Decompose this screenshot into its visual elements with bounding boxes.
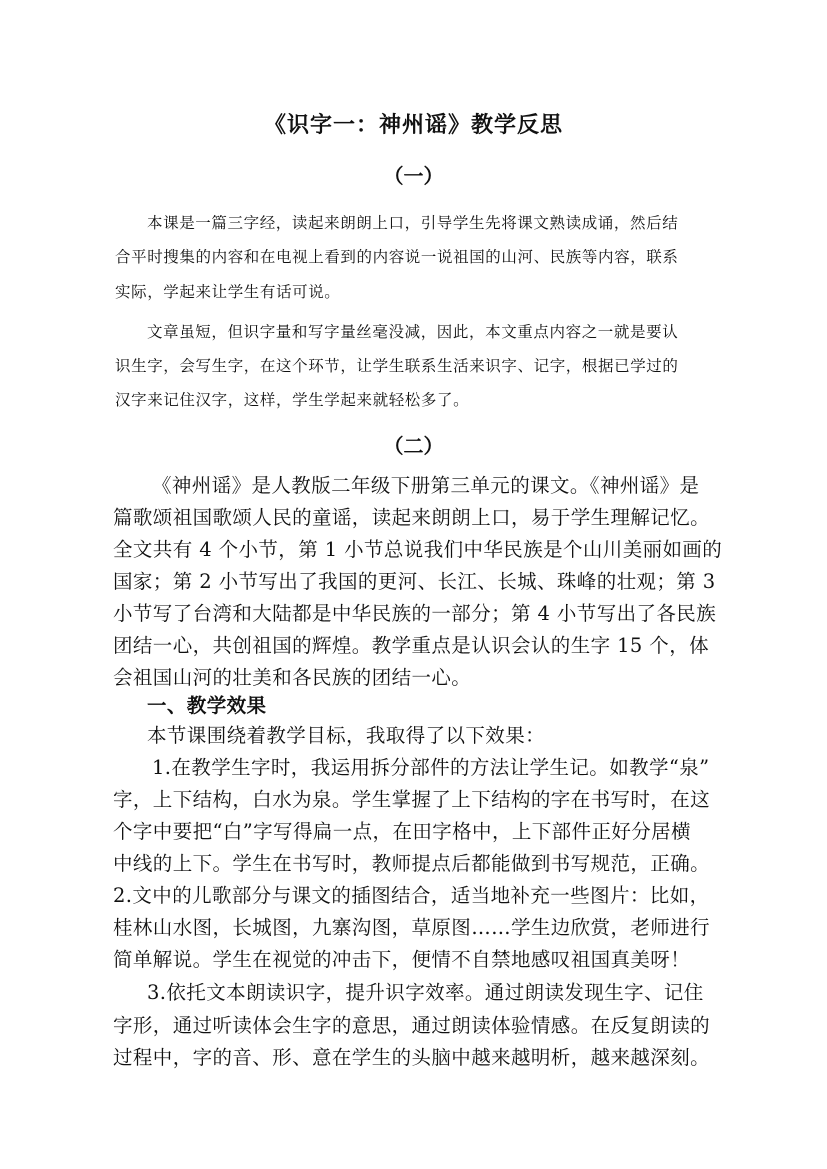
text-line: 篇歌颂祖国歌颂人民的童谣，读起来朗朗上口，易于学生理解记忆。 (113, 502, 710, 530)
text-line: 1.在教学生字时，我运用拆分部件的方法让学生记。如教学“泉” (152, 752, 710, 780)
section-heading-2: （二） (0, 430, 827, 459)
text-line: 字，上下结构，白水为泉。学生掌握了上下结构的字在书写时，在这 (113, 784, 710, 812)
text-line: 字形，通过听读体会生字的意思，通过朗读体验情感。在反复朗读的 (113, 1010, 710, 1038)
text-line: 小节写了台湾和大陆都是中华民族的一部分；第 4 小节写出了各民族 (113, 598, 716, 626)
text-line: 中线的上下。学生在书写时，教师提点后都能做到书写规范，正确。 (113, 848, 710, 876)
text-line: 桂林山水图，长城图，九寨沟图，草原图……学生边欣赏，老师进行 (113, 912, 710, 940)
text-line: 3.依托文本朗读识字，提升识字效率。通过朗读发现生字、记住 (147, 977, 704, 1005)
text-line: 《神州谣》是人教版二年级下册第三单元的课文。《神州谣》是 (152, 470, 699, 498)
section-heading-1: （一） (0, 160, 827, 189)
text-line: 文章虽短，但识字量和写字量丝毫没减，因此，本文重点内容之一就是要认 (147, 320, 678, 342)
text-line: 个字中要把“白”字写得扁一点，在田字格中，上下部件正好分居横 (113, 816, 691, 844)
text-line: 国家；第 2 小节写出了我国的更河、长江、长城、珠峰的壮观；第 3 (113, 566, 716, 594)
effect-intro: 本节课围绕着教学目标，我取得了以下效果： (147, 720, 545, 748)
text-line: 合平时搜集的内容和在电视上看到的内容说一说祖国的山河、民族等内容，联系 (115, 245, 679, 267)
document-title: 《识字一：神州谣》教学反思 (0, 108, 827, 139)
document-page: 《识字一：神州谣》教学反思 （一） 本课是一篇三字经，读起来朗朗上口，引导学生先… (0, 0, 827, 1169)
text-line: 全文共有 4 个小节，第 1 小节总说我们中华民族是个山川美丽如画的 (113, 534, 722, 562)
text-line: 2.文中的儿歌部分与课文的插图结合，适当地补充一些图片：比如， (113, 880, 710, 908)
text-line: 汉字来记住汉字，这样，学生学起来就轻松多了。 (115, 388, 469, 410)
subheading-teaching-effect: 一、教学效果 (147, 690, 266, 718)
text-line: 识生字，会写生字，在这个环节，让学生联系生活来识字、记字，根据已学过的 (115, 354, 679, 376)
text-line: 本课是一篇三字经，读起来朗朗上口，引导学生先将课文熟读成诵，然后结 (147, 211, 678, 233)
text-line: 过程中，字的音、形、意在学生的头脑中越来越明析，越来越深刻。 (113, 1042, 710, 1070)
text-line: 团结一心，共创祖国的辉煌。教学重点是认识会认的生字 15 个，体 (113, 630, 709, 658)
text-line: 实际，学起来让学生有话可说。 (115, 280, 340, 302)
text-line: 会祖国山河的壮美和各民族的团结一心。 (113, 662, 471, 690)
text-line: 简单解说。学生在视觉的冲击下，便情不自禁地感叹祖国真美呀！ (113, 944, 690, 972)
